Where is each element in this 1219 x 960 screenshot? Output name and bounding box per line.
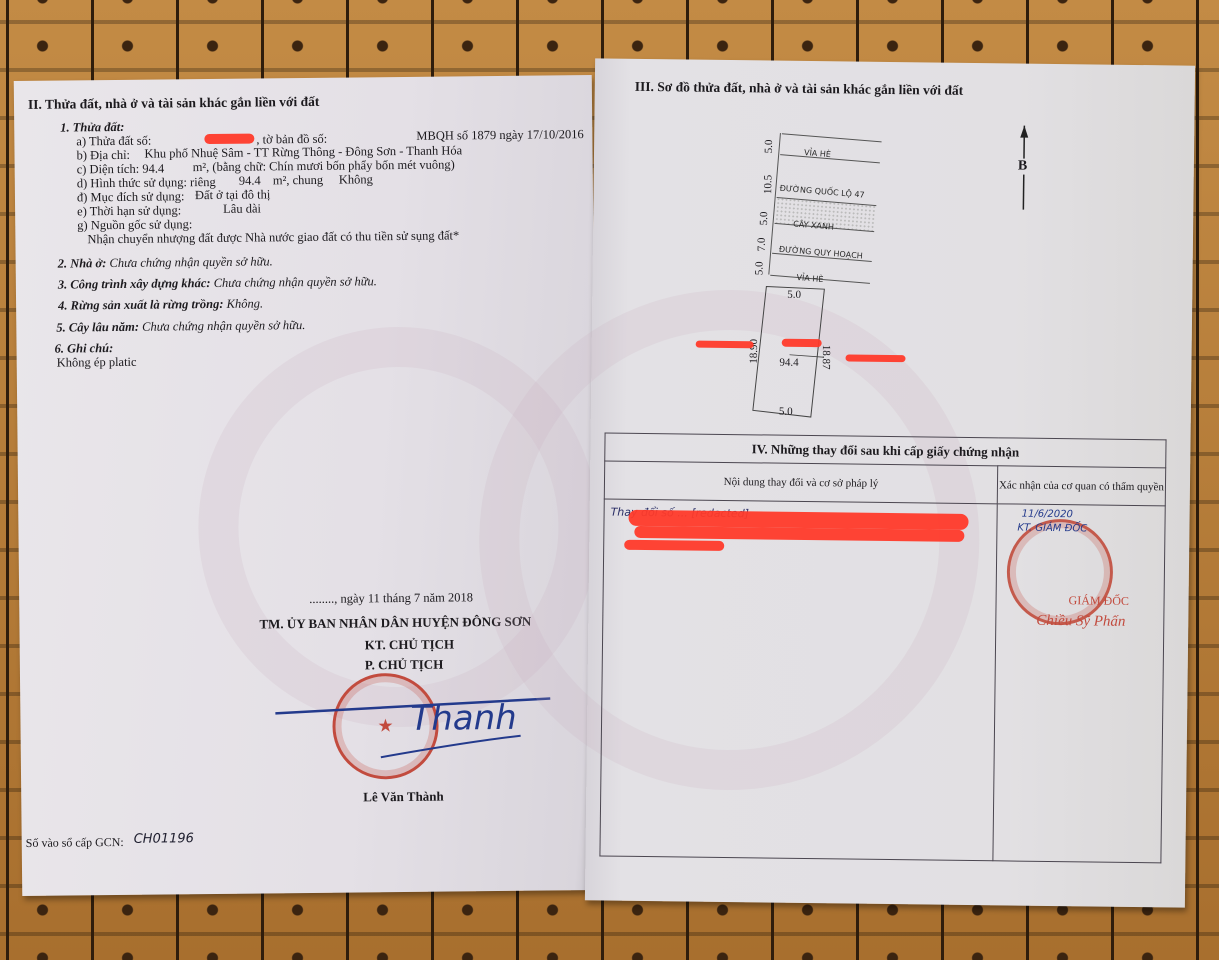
usage-form-private: 94.4 [239,173,261,188]
north-label: B [1018,159,1028,175]
change-entry-content: Thay đổi số ... [redacted] [600,499,997,861]
usage-form-rest: m², chung [273,173,323,189]
strip-width: 5.0 [763,140,775,154]
section-ii-title: II. Thửa đất, nhà ở và tài sản khác gắn … [28,94,320,113]
registry-label: Số vào sổ cấp GCN: [26,835,124,851]
parcel-bottom-edge: 5.0 [779,406,793,418]
parcel-top-edge: 5.0 [787,289,801,301]
area-unit: m², (bằng chữ: Chín mươi bốn phẩy bốn mé… [193,157,455,175]
changes-table: IV. Những thay đổi sau khi cấp giấy chứn… [599,433,1166,864]
issuer-role-deputy: KT. CHỦ TỊCH [365,636,455,653]
issue-date: ........, ngày 11 tháng 7 năm 2018 [309,590,473,607]
certificate-right-page: III. Sơ đồ thửa đất, nhà ở và tài sản kh… [585,58,1195,907]
perennial-trees-item: 5. Cây lâu năm: Chưa chứng nhận quyền sở… [56,318,305,336]
certificate-left-page: II. Thửa đất, nhà ở và tài sản khác gắn … [14,75,601,896]
redaction-mark [624,540,724,551]
section-iii-title: III. Sơ đồ thửa đất, nhà ở và tài sản kh… [635,79,964,99]
production-forest-item: 4. Rừng sản xuất là rừng trồng: Không. [58,296,263,313]
note-value: Không ép platic [57,355,137,371]
strip-width: 5.0 [753,261,765,275]
usage-form-shared: Không [339,172,373,187]
origin-value: Nhận chuyển nhượng đất được Nhà nước gia… [87,228,459,247]
issuer-name: TM. ỦY BAN NHÂN DÂN HUYỆN ĐÔNG SƠN [259,614,531,633]
issuer-role-vice: P. CHỦ TỊCH [365,657,444,674]
house-item: 2. Nhà ở: Chưa chứng nhận quyền sở hữu. [58,254,273,271]
parcel-area: 94.4 [779,357,798,369]
red-seal-stamp [1006,518,1113,625]
strip-width: 7.0 [756,237,768,251]
other-construction-item: 3. Công trình xây dựng khác: Chưa chứng … [58,274,377,292]
redaction-mark [845,354,905,362]
redaction-mark [782,339,822,347]
confirmation-signer: Chiều Sỹ Phấn [1036,613,1125,631]
confirmation-title: GIÁM ĐỐC [1068,593,1129,609]
col-header-content: Nội dung thay đổi và cơ sở pháp lý [604,461,997,504]
redaction-mark [204,134,254,145]
col-header-confirmation: Xác nhận của cơ quan có thẩm quyền [997,466,1165,506]
term-value: Lâu dài [223,201,261,216]
confirmation-date: 11/6/2020 [1022,509,1073,521]
change-entry-confirmation: 11/6/2020 KT. GIÁM ĐỐC GIÁM ĐỐC Chiều Sỹ… [993,504,1165,863]
map-sheet-value: MBQH số 1879 ngày 17/10/2016 [416,127,584,144]
registry-value: CH01196 [134,831,194,847]
strip-width: 10.5 [762,175,774,194]
signer-name: Lê Văn Thành [363,789,444,806]
confirmation-note: KT. GIÁM ĐỐC [1017,523,1087,535]
signature-strokes [270,680,561,773]
redaction-mark [696,341,754,349]
strip-width: 5.0 [758,211,770,225]
parcel-right-edge: 18.87 [820,345,832,370]
